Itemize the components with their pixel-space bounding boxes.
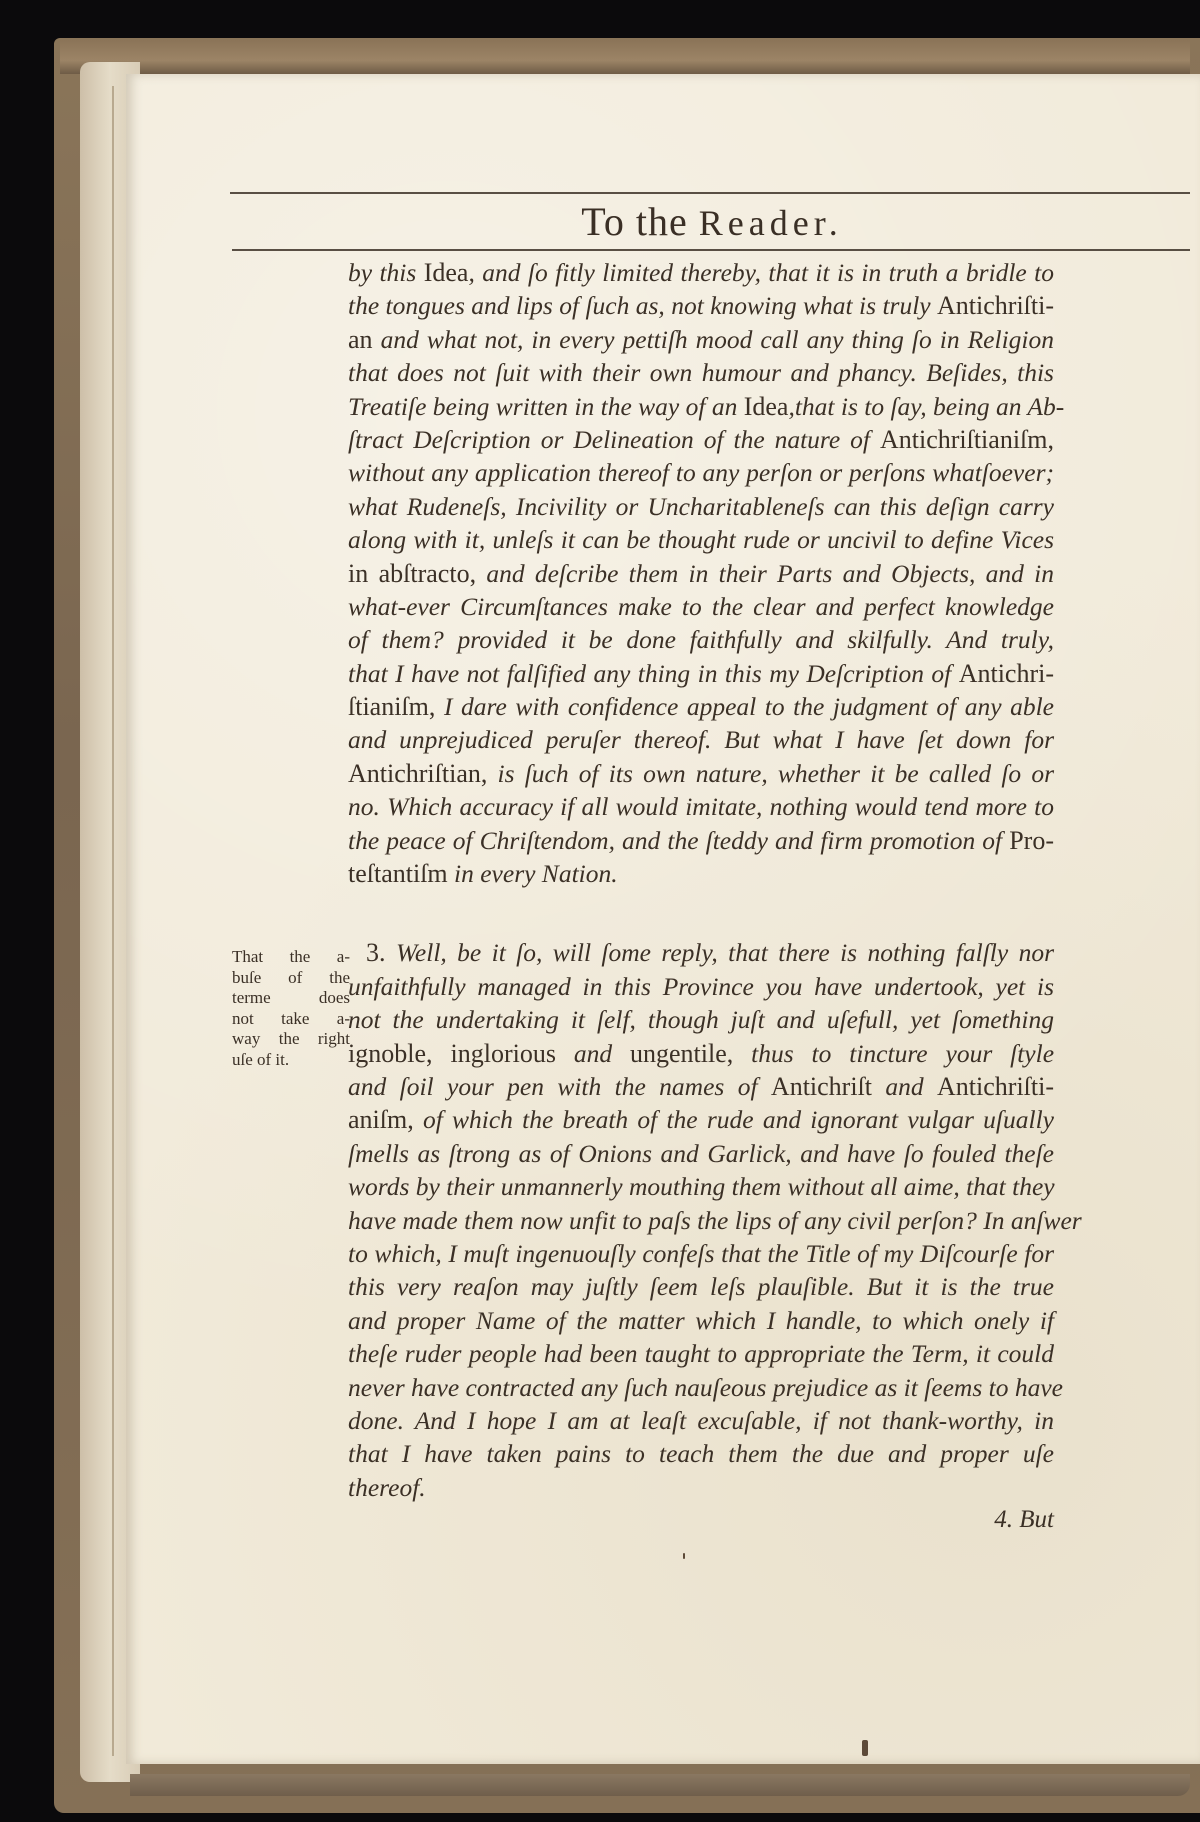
text-run: ,that is to ſay, being an Ab- bbox=[788, 392, 1064, 421]
running-head: To the Reader. bbox=[232, 196, 1192, 248]
text-run: without any application thereof to any p… bbox=[348, 458, 1054, 487]
text-run: have made them now unfit to paſs the lip… bbox=[348, 1206, 1082, 1235]
text-run: is ſuch of its own nature, whether it be… bbox=[487, 759, 1054, 788]
text-run: thereof. bbox=[348, 1473, 426, 1502]
text-line: have made them now unfit to paſs the lip… bbox=[348, 1204, 1054, 1237]
text-run: 3. bbox=[366, 938, 396, 967]
text-run: Idea bbox=[744, 392, 789, 421]
head-rule-top bbox=[230, 192, 1190, 194]
text-run: I dare with confidence appeal to the jud… bbox=[435, 692, 1054, 721]
text-line: aniſm, of which the breath of the rude a… bbox=[348, 1103, 1054, 1136]
text-run: thus to tincture your ſtyle bbox=[733, 1039, 1054, 1068]
binding-top-edge bbox=[60, 40, 1190, 74]
binding-bottom-edge bbox=[130, 1774, 1190, 1796]
text-run: , and ſo fitly limited thereby, that it … bbox=[468, 258, 1054, 287]
text-run: done. And I hope I am at leaſt excuſable… bbox=[348, 1406, 1054, 1435]
text-run: of them? provided it be done faithfully … bbox=[348, 625, 1054, 654]
text-line: this very reaſon may juſtly ſeem leſs pl… bbox=[348, 1270, 1054, 1303]
text-run: ſtianiſm, bbox=[348, 692, 435, 721]
text-run: not the undertaking it ſelf, though juſt… bbox=[348, 1005, 1054, 1034]
text-line: and proper Name of the matter which I ha… bbox=[348, 1304, 1054, 1337]
running-head-small-caps: Reader. bbox=[699, 203, 843, 243]
text-line: to which, I muſt ingenuouſly confeſs tha… bbox=[348, 1237, 1054, 1270]
text-run: ſmells as ſtrong as of Onions and Garlic… bbox=[348, 1139, 1054, 1168]
text-line: along with it, unleſs it can be thought … bbox=[348, 523, 1054, 556]
text-run: and bbox=[556, 1039, 630, 1068]
text-run: along with it, unleſs it can be thought … bbox=[348, 525, 1054, 554]
text-run: what Rudeneſs, Incivility or Uncharitabl… bbox=[348, 492, 1054, 521]
text-line: that I have taken pains to teach them th… bbox=[348, 1437, 1054, 1470]
text-run: no. Which accuracy if all would imitate,… bbox=[348, 792, 1054, 821]
text-line: that I have not falſified any thing in t… bbox=[348, 657, 1054, 690]
text-run: Antichriſt bbox=[771, 1072, 872, 1101]
text-run: Antichri- bbox=[959, 659, 1054, 688]
text-run: and bbox=[872, 1072, 937, 1101]
text-line: and ſoil your pen with the names of Anti… bbox=[348, 1070, 1054, 1103]
text-run: and proper Name of the matter which I ha… bbox=[348, 1306, 1054, 1335]
text-run: what-ever Circumſtances make to the clea… bbox=[348, 592, 1054, 621]
text-line: ſmells as ſtrong as of Onions and Garlic… bbox=[348, 1137, 1054, 1170]
text-line: that does not ſuit with their own humour… bbox=[348, 356, 1054, 389]
text-run: never have contracted any ſuch nauſeous … bbox=[348, 1373, 1063, 1402]
paragraph-gap bbox=[348, 890, 1054, 936]
text-run: Antichriſtian, bbox=[348, 759, 487, 788]
marginal-note-line: way the right bbox=[232, 1029, 350, 1050]
text-run: ungentile, bbox=[630, 1039, 733, 1068]
marginal-note-line: That the a- bbox=[232, 947, 350, 968]
text-run: teſtantiſm bbox=[348, 859, 448, 888]
text-run: Treatiſe being written in the way of an bbox=[348, 392, 744, 421]
text-run: Well, be it ſo, will ſome reply, that th… bbox=[396, 938, 1054, 967]
text-run: that I have not falſified any thing in t… bbox=[348, 659, 959, 688]
text-run: to which, I muſt ingenuouſly confeſs tha… bbox=[348, 1239, 1054, 1268]
text-line: the peace of Chriſtendom, and the ſteddy… bbox=[348, 824, 1054, 857]
text-line: in abſtracto, and deſcribe them in their… bbox=[348, 557, 1054, 590]
text-run: an bbox=[348, 325, 373, 354]
text-line: words by their unmannerly mouthing them … bbox=[348, 1170, 1054, 1203]
text-run: in abſtracto, bbox=[348, 559, 476, 588]
text-run: unfaithfully managed in this Province yo… bbox=[348, 972, 1054, 1001]
text-run: that does not ſuit with their own humour… bbox=[348, 358, 1054, 387]
text-run: theſe ruder people had been taught to ap… bbox=[348, 1339, 1054, 1368]
text-line: without any application thereof to any p… bbox=[348, 456, 1054, 489]
text-run: Idea bbox=[424, 258, 469, 287]
text-line: Antichriſtian, is ſuch of its own nature… bbox=[348, 757, 1054, 790]
catchword: 4. But bbox=[980, 1506, 1054, 1534]
marginal-note-line: buſe of the bbox=[232, 968, 350, 989]
text-run: ſtract Deſcription or Delineation of the… bbox=[348, 425, 880, 454]
ink-speck bbox=[683, 1553, 685, 1559]
main-text: by this Idea, and ſo fitly limited there… bbox=[348, 256, 1054, 1504]
text-line: ignoble, inglorious and ungentile, thus … bbox=[348, 1037, 1054, 1070]
running-head-prefix: To the bbox=[581, 199, 688, 244]
text-run: aniſm, bbox=[348, 1105, 414, 1134]
text-line: by this Idea, and ſo fitly limited there… bbox=[348, 256, 1054, 289]
text-run: Antichriſtianiſm, bbox=[880, 425, 1054, 454]
paragraph-continued: by this Idea, and ſo fitly limited there… bbox=[348, 256, 1054, 890]
text-line: theſe ruder people had been taught to ap… bbox=[348, 1337, 1054, 1370]
text-line: the tongues and lips of ſuch as, not kno… bbox=[348, 289, 1054, 322]
text-line: not the undertaking it ſelf, though juſt… bbox=[348, 1003, 1054, 1036]
text-line: ſtract Deſcription or Delineation of the… bbox=[348, 423, 1054, 456]
section-3-paragraph: 3. Well, be it ſo, will ſome reply, that… bbox=[348, 936, 1054, 1504]
marginal-note-line: not take a- bbox=[232, 1009, 350, 1030]
text-run: and ſoil your pen with the names of bbox=[348, 1072, 771, 1101]
text-run: Pro- bbox=[1009, 826, 1054, 855]
text-line: an and what not, in every pettiſh mood c… bbox=[348, 323, 1054, 356]
text-run: this very reaſon may juſtly ſeem leſs pl… bbox=[348, 1272, 1054, 1301]
text-run: that I have taken pains to teach them th… bbox=[348, 1439, 1054, 1468]
text-line: what-ever Circumſtances make to the clea… bbox=[348, 590, 1054, 623]
text-line: Treatiſe being written in the way of an … bbox=[348, 390, 1054, 423]
text-run: and deſcribe them in their Parts and Obj… bbox=[476, 559, 1054, 588]
text-line: never have contracted any ſuch nauſeous … bbox=[348, 1371, 1054, 1404]
text-line: teſtantiſm in every Nation. bbox=[348, 857, 1054, 890]
text-run: by this bbox=[348, 258, 424, 287]
text-run: the tongues and lips of ſuch as, not kno… bbox=[348, 291, 937, 320]
text-run: of which the breath of the rude and igno… bbox=[414, 1105, 1054, 1134]
text-line: of them? provided it be done faithfully … bbox=[348, 623, 1054, 656]
text-run: in every Nation. bbox=[448, 859, 618, 888]
text-run: ignoble, inglorious bbox=[348, 1039, 556, 1068]
marginal-note-line: uſe of it. bbox=[232, 1050, 350, 1071]
text-run: Antichriſti- bbox=[937, 1072, 1054, 1101]
text-line: no. Which accuracy if all would imitate,… bbox=[348, 790, 1054, 823]
ink-speck bbox=[862, 1740, 868, 1756]
text-run: and what not, in every pettiſh mood call… bbox=[373, 325, 1054, 354]
head-rule-bottom bbox=[232, 249, 1190, 251]
text-line: ſtianiſm, I dare with confidence appeal … bbox=[348, 690, 1054, 723]
text-run: the peace of Chriſtendom, and the ſteddy… bbox=[348, 826, 1009, 855]
text-line: thereof. bbox=[348, 1471, 1054, 1504]
text-line: and unprejudiced peruſer thereof. But wh… bbox=[348, 723, 1054, 756]
marginal-note-line: terme does bbox=[232, 988, 350, 1009]
text-run: and unprejudiced peruſer thereof. But wh… bbox=[348, 725, 1054, 754]
text-run: Antichriſti- bbox=[937, 291, 1054, 320]
text-line: unfaithfully managed in this Province yo… bbox=[348, 970, 1054, 1003]
text-line: 3. Well, be it ſo, will ſome reply, that… bbox=[348, 936, 1054, 969]
text-line: done. And I hope I am at leaſt excuſable… bbox=[348, 1404, 1054, 1437]
marginal-note: That the a-buſe of theterme doesnot take… bbox=[232, 947, 350, 1070]
text-run: words by their unmannerly mouthing them … bbox=[348, 1172, 1055, 1201]
text-line: what Rudeneſs, Incivility or Uncharitabl… bbox=[348, 490, 1054, 523]
